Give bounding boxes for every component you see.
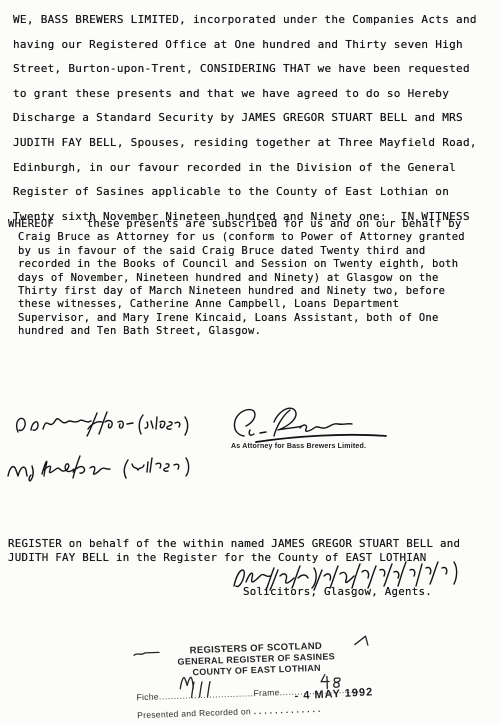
- doc-line: having our Registered Office at One hund…: [13, 33, 495, 58]
- doc-line: Edinburgh, in our favour recorded in the…: [13, 156, 495, 181]
- doc-line: Craig Bruce as Attorney for us (conform …: [18, 231, 488, 244]
- doc-line: WHEREOF these presents are subscribed fo…: [8, 218, 488, 231]
- witness2-signature: [4, 450, 236, 492]
- doc-line: by us in favour of the said Craig Bruce …: [18, 245, 488, 258]
- doc-line: Supervisor, and Mary Irene Kincaid, Loan…: [18, 312, 488, 325]
- sasines-register-stamp: REGISTERS OF SCOTLAND GENERAL REGISTER O…: [125, 632, 390, 724]
- doc-line: Discharge a Standard Security by JAMES G…: [13, 106, 495, 131]
- solicitors-caption: Solicitors, Glasgow, Agents.: [243, 585, 432, 599]
- doc-line: these witnesses, Catherine Anne Campbell…: [18, 298, 488, 311]
- stamp-fiche-label: Fiche: [136, 691, 159, 702]
- doc-line: Street, Burton-upon-Trent, CONSIDERING T…: [13, 57, 495, 82]
- handwritten-fiche-number: [188, 681, 215, 700]
- doc-line: to grant these presents and that we have…: [13, 82, 495, 107]
- doc-line: days of November, Nineteen hundred and N…: [18, 272, 488, 285]
- doc-line: JUDITH FAY BELL, Spouses, residing toget…: [13, 131, 495, 156]
- opening-paragraph: WE, BASS BREWERS LIMITED, incorporated u…: [13, 8, 495, 229]
- doc-line: Thirty first day of March Nineteen hundr…: [18, 285, 488, 298]
- doc-line: REGISTER on behalf of the within named J…: [8, 537, 493, 551]
- stamp-presented-label: Presented and Recorded on: [137, 706, 251, 720]
- witness1-signature: [10, 408, 215, 448]
- stamp-presented-dots: .............: [253, 704, 323, 716]
- attorney-caption: As Attorney for Bass Brewers Limited.: [231, 443, 366, 450]
- testing-clause-paragraph: WHEREOF these presents are subscribed fo…: [18, 218, 488, 339]
- doc-line: Register of Sasines applicable to the Co…: [13, 180, 495, 205]
- doc-line: WE, BASS BREWERS LIMITED, incorporated u…: [13, 8, 495, 33]
- page: { "page": { "bg": "#fcfcfa", "ink": "#16…: [0, 0, 500, 724]
- stamp-frame-label: Frame: [253, 687, 279, 698]
- doc-line: recorded in the Books of Council and Ses…: [18, 258, 488, 271]
- doc-line: hundred and Ten Bath Street, Glasgow.: [18, 325, 488, 338]
